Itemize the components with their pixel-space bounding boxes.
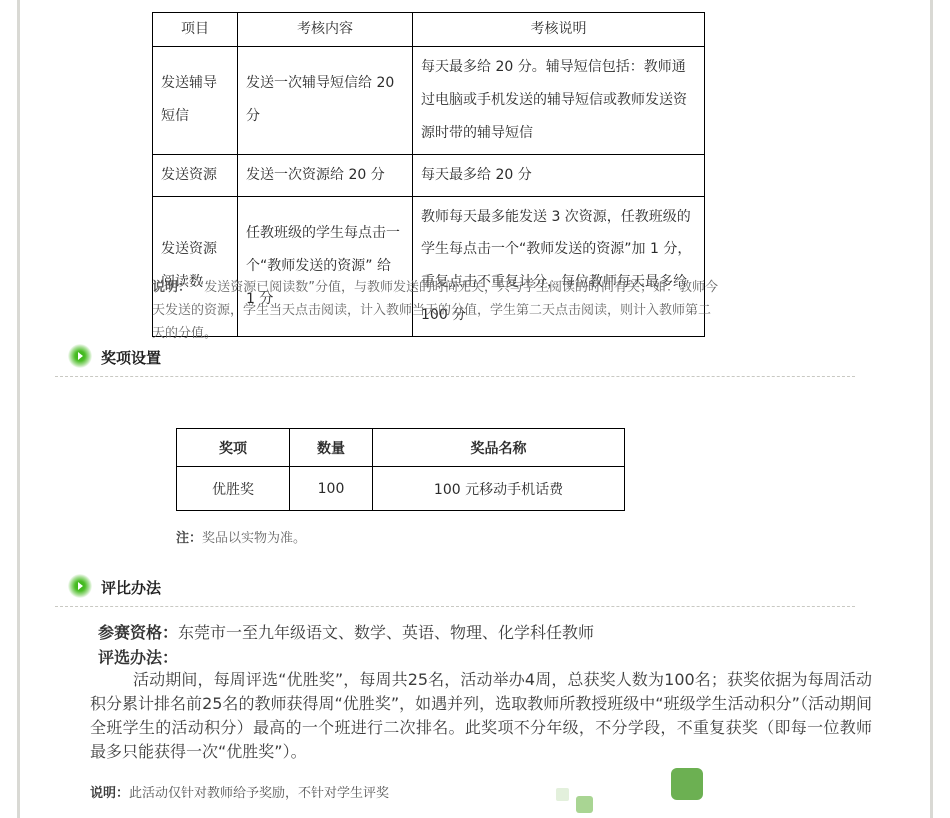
column-header: 奖项	[177, 429, 290, 467]
section-divider	[55, 376, 855, 377]
decor-square-small	[576, 796, 593, 813]
note-text: 奖品以实物为准。	[202, 531, 306, 546]
play-triangle-icon	[78, 352, 83, 360]
section-title: 奖项设置	[101, 347, 161, 368]
cell-award: 优胜奖	[177, 467, 290, 511]
decor-square-large	[671, 768, 703, 800]
awards-table-note: 注：奖品以实物为准。	[176, 527, 306, 546]
section-bullet-icon	[68, 344, 92, 368]
evaluation-note: 说明：此活动仅针对教师给予奖励，不针对学生评奖	[90, 782, 389, 801]
cell-content: 发送一次资源给 20 分	[238, 154, 413, 196]
cell-description: 每天最多给 20 分。辅导短信包括：教师通过电脑或手机发送的辅导短信或教师发送资…	[413, 47, 705, 155]
cell-item: 发送辅导短信	[153, 47, 238, 155]
section-title: 评比办法	[101, 577, 161, 598]
cell-prize: 100 元移动手机话费	[373, 467, 625, 511]
table-row: 发送资源 发送一次资源给 20 分 每天最多给 20 分	[153, 154, 705, 196]
cell-content: 发送一次辅导短信给 20 分	[238, 47, 413, 155]
note-text: “发送资源已阅读数”分值，与教师发送的时间无关，只与学生阅读的时间有关；如：教师…	[152, 280, 718, 341]
table-header-row: 项目 考核内容 考核说明	[153, 13, 705, 47]
awards-table: 奖项 数量 奖品名称 优胜奖 100 100 元移动手机话费	[176, 428, 625, 511]
cell-quantity: 100	[290, 467, 373, 511]
qualification-text: 东莞市一至九年级语文、数学、英语、物理、化学科任教师	[178, 623, 594, 642]
table-row: 发送辅导短信 发送一次辅导短信给 20 分 每天最多给 20 分。辅导短信包括：…	[153, 47, 705, 155]
assessment-table-note: 说明： “发送资源已阅读数”分值，与教师发送的时间无关，只与学生阅读的时间有关；…	[152, 276, 720, 345]
section-divider	[55, 606, 855, 607]
table-header-row: 奖项 数量 奖品名称	[177, 429, 625, 467]
method-label: 评选办法：	[98, 645, 178, 668]
note-label: 注：	[176, 531, 202, 546]
table-row: 优胜奖 100 100 元移动手机话费	[177, 467, 625, 511]
page-right-border	[930, 0, 933, 818]
column-header: 数量	[290, 429, 373, 467]
cell-description: 每天最多给 20 分	[413, 154, 705, 196]
note-text: 此活动仅针对教师给予奖励，不针对学生评奖	[129, 786, 389, 801]
note-label: 说明：	[90, 786, 129, 801]
column-header: 奖品名称	[373, 429, 625, 467]
method-paragraph: 活动期间，每周评选“优胜奖”，每周共25名，活动举办4周，总获奖人数为100名；…	[90, 668, 872, 764]
column-header: 考核内容	[238, 13, 413, 47]
cell-item: 发送资源	[153, 154, 238, 196]
column-header: 项目	[153, 13, 238, 47]
document-page: 项目 考核内容 考核说明 发送辅导短信 发送一次辅导短信给 20 分 每天最多给…	[0, 0, 950, 818]
note-label: 说明：	[152, 280, 191, 295]
page-left-border	[17, 0, 20, 818]
column-header: 考核说明	[413, 13, 705, 47]
qualification-line: 参赛资格：东莞市一至九年级语文、数学、英语、物理、化学科任教师	[98, 620, 594, 643]
qualification-label: 参赛资格：	[98, 623, 178, 642]
decor-square-faint	[556, 788, 569, 801]
play-triangle-icon	[78, 582, 83, 590]
section-bullet-icon	[68, 574, 92, 598]
